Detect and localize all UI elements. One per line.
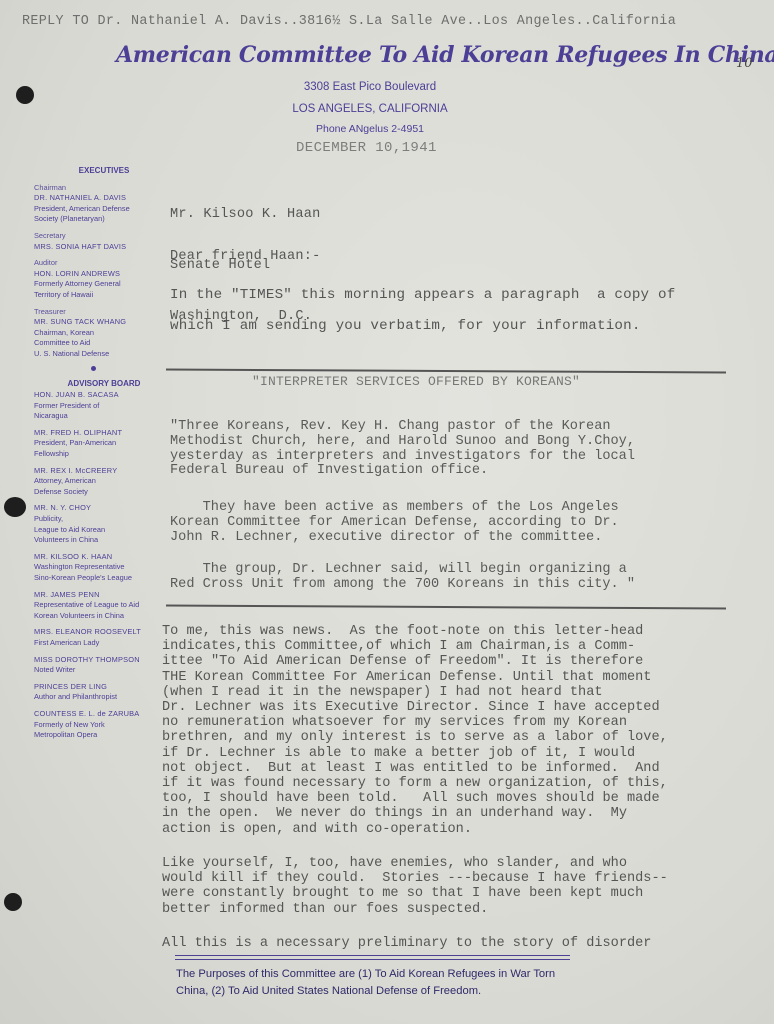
advisor-name: MR. JAMES PENN — [34, 590, 156, 601]
advisor-entry: MR. REX I. McCREERY Attorney, American D… — [34, 466, 156, 498]
exec-name: HON. LORIN ANDREWS — [34, 269, 156, 280]
clipping-title: "INTERPRETER SERVICES OFFERED BY KOREANS… — [252, 374, 580, 389]
advisor-name: MR. REX I. McCREERY — [34, 466, 156, 477]
letterhead-city: LOS ANGELES, CALIFORNIA — [250, 103, 490, 115]
exec-role: Treasurer — [34, 307, 156, 318]
exec-desc: Formerly Attorney General — [34, 279, 156, 290]
advisor-entry: MR. FRED H. OLIPHANT President, Pan-Amer… — [34, 428, 156, 460]
advisor-name: MRS. ELEANOR ROOSEVELT — [34, 627, 156, 638]
exec-name: MR. SUNG TACK WHANG — [34, 317, 156, 328]
exec-role: Secretary — [34, 231, 156, 242]
punch-hole-middle — [4, 497, 26, 517]
punch-hole-top — [16, 86, 34, 104]
letterhead-phone: Phone ANgelus 2-4951 — [250, 123, 490, 135]
advisor-name: COUNTESS E. L. de ZARUBA — [34, 709, 156, 720]
advisor-name: PRINCES DER LING — [34, 682, 156, 693]
advisor-desc: Sino-Korean People's League — [34, 573, 156, 584]
advisor-desc: Author and Philanthropist — [34, 692, 156, 703]
advisor-desc: Former President of — [34, 401, 156, 412]
committee-sidebar: EXECUTIVES Chairman DR. NATHANIEL A. DAV… — [34, 166, 156, 747]
exec-desc: Territory of Hawaii — [34, 290, 156, 301]
bullet-divider-icon — [91, 366, 96, 371]
letterhead-street: 3308 East Pico Boulevard — [250, 81, 490, 93]
advisor-desc: Washington Representative — [34, 562, 156, 573]
committee-purposes-footer: The Purposes of this Committee are (1) T… — [176, 966, 576, 1000]
advisor-desc: Noted Writer — [34, 665, 156, 676]
advisor-entry: MRS. ELEANOR ROOSEVELT First American La… — [34, 627, 156, 648]
footer-rule-top — [175, 955, 570, 956]
clipping-paragraph: They have been active as members of the … — [170, 501, 619, 545]
exec-desc: U. S. National Defense — [34, 349, 156, 360]
advisor-desc: Attorney, American — [34, 476, 156, 487]
advisor-entry: MR. N. Y. CHOY Publicity, League to Aid … — [34, 503, 156, 545]
advisor-desc: President, Pan-American — [34, 438, 156, 449]
recipient-name: Mr. Kilsoo K. Haan — [170, 206, 320, 223]
advisor-entry: PRINCES DER LING Author and Philanthropi… — [34, 682, 156, 703]
clipping-top-rule — [166, 369, 726, 374]
clipping-paragraph: The group, Dr. Lechner said, will begin … — [170, 563, 635, 593]
executive-entry: Auditor HON. LORIN ANDREWS Formerly Atto… — [34, 258, 156, 300]
advisor-name: MISS DOROTHY THOMPSON — [34, 655, 156, 666]
executives-heading: EXECUTIVES — [34, 166, 156, 177]
advisor-entry: HON. JUAN B. SACASA Former President of … — [34, 390, 156, 422]
letterhead-title: American Committee To Aid Korean Refugee… — [116, 42, 661, 68]
advisor-desc: Nicaragua — [34, 411, 156, 422]
advisor-entry: MISS DOROTHY THOMPSON Noted Writer — [34, 655, 156, 676]
advisor-desc: League to Aid Korean — [34, 525, 156, 536]
advisor-desc: Formerly of New York — [34, 720, 156, 731]
exec-desc: Society (Planetaryan) — [34, 214, 156, 225]
advisor-desc: Defense Society — [34, 487, 156, 498]
exec-name: MRS. SONIA HAFT DAVIS — [34, 242, 156, 253]
advisor-desc: Fellowship — [34, 449, 156, 460]
advisor-name: HON. JUAN B. SACASA — [34, 390, 156, 401]
letter-page: REPLY TO Dr. Nathaniel A. Davis..3816½ S… — [0, 0, 774, 1024]
executive-entry: Chairman DR. NATHANIEL A. DAVIS Presiden… — [34, 183, 156, 225]
advisor-name: MR. N. Y. CHOY — [34, 503, 156, 514]
advisory-heading: ADVISORY BOARD — [34, 379, 156, 390]
body-paragraph: All this is a necessary preliminary to t… — [162, 936, 651, 951]
body-paragraph: To me, this was news. As the foot-note o… — [162, 624, 668, 837]
page-number: 10 — [736, 56, 753, 71]
advisor-name: MR. FRED H. OLIPHANT — [34, 428, 156, 439]
clipping-bottom-rule — [166, 605, 726, 610]
exec-role: Chairman — [34, 183, 156, 194]
body-paragraph: Like yourself, I, too, have enemies, who… — [162, 856, 668, 917]
advisor-desc: Publicity, — [34, 514, 156, 525]
exec-role: Auditor — [34, 258, 156, 269]
exec-desc: Committee to Aid — [34, 338, 156, 349]
reply-to-line: REPLY TO Dr. Nathaniel A. Davis..3816½ S… — [22, 14, 767, 29]
punch-hole-bottom — [4, 893, 22, 911]
executive-entry: Treasurer MR. SUNG TACK WHANG Chairman, … — [34, 307, 156, 360]
advisor-entry: MR. KILSOO K. HAAN Washington Representa… — [34, 552, 156, 584]
salutation: Dear friend Haan:- — [170, 249, 320, 264]
advisor-desc: First American Lady — [34, 638, 156, 649]
exec-name: DR. NATHANIEL A. DAVIS — [34, 193, 156, 204]
intro-line-1: In the "TIMES" this morning appears a pa… — [170, 287, 675, 303]
advisor-entry: COUNTESS E. L. de ZARUBA Formerly of New… — [34, 709, 156, 741]
advisor-desc: Volunteers in China — [34, 535, 156, 546]
advisor-name: MR. KILSOO K. HAAN — [34, 552, 156, 563]
advisor-desc: Representative of League to Aid — [34, 600, 156, 611]
intro-line-2: which I am sending you verbatim, for you… — [170, 318, 641, 334]
letter-date: DECEMBER 10,1941 — [296, 140, 437, 156]
exec-desc: President, American Defense — [34, 204, 156, 215]
clipping-paragraph: "Three Koreans, Rev. Key H. Chang pastor… — [170, 420, 635, 479]
footer-rule-bottom — [175, 959, 570, 960]
advisor-desc: Metropolitan Opera — [34, 730, 156, 741]
advisor-entry: MR. JAMES PENN Representative of League … — [34, 590, 156, 622]
exec-desc: Chairman, Korean — [34, 328, 156, 339]
advisor-desc: Korean Volunteers in China — [34, 611, 156, 622]
executive-entry: Secretary MRS. SONIA HAFT DAVIS — [34, 231, 156, 252]
